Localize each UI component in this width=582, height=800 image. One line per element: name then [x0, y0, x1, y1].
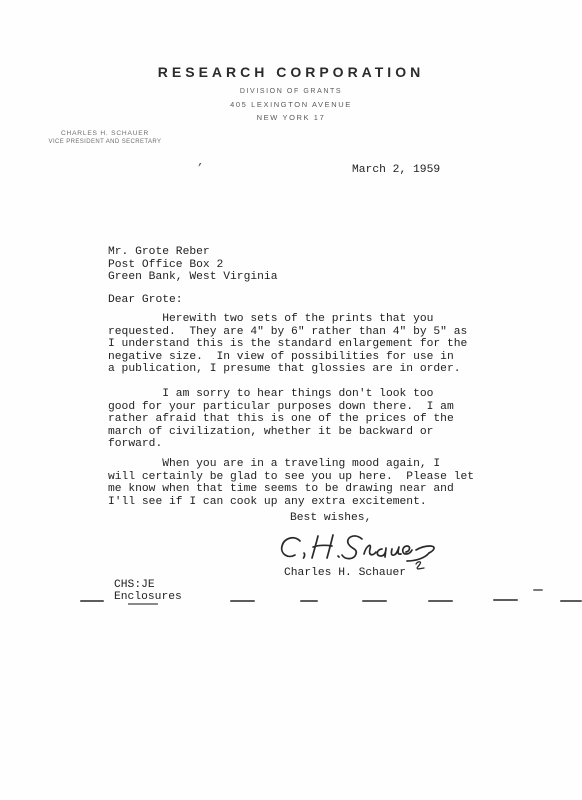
salutation: Dear Grote: — [108, 294, 183, 307]
letterhead-company-name: RESEARCH CORPORATION — [0, 64, 582, 80]
body-paragraph-1: Herewith two sets of the prints that you… — [108, 313, 467, 376]
typed-signature-name: Charles H. Schauer — [284, 567, 406, 580]
scan-artifact-dash — [493, 599, 518, 601]
recipient-address: Mr. Grote Reber Post Office Box 2 Green … — [108, 246, 277, 284]
scan-artifact-dash — [362, 600, 387, 602]
scan-artifact-underline — [128, 603, 158, 605]
letter-page: RESEARCH CORPORATION DIVISION OF GRANTS … — [0, 0, 582, 800]
reference-initials: CHS:JE — [114, 579, 155, 592]
letterhead-division: DIVISION OF GRANTS — [0, 88, 582, 95]
letterhead-city: NEW YORK 17 — [0, 113, 582, 122]
officer-block: CHARLES H. SCHAUER VICE PRESIDENT AND SE… — [30, 130, 180, 145]
scan-artifact-dash — [560, 600, 582, 602]
officer-name: CHARLES H. SCHAUER — [30, 130, 180, 137]
letterhead-street-address: 405 LEXINGTON AVENUE — [0, 100, 582, 109]
scan-artifact-dash — [533, 589, 543, 591]
enclosures-notation: Enclosures — [114, 591, 182, 604]
scan-artifact-dash — [230, 600, 255, 602]
scan-artifact-dash — [80, 600, 104, 602]
body-paragraph-3: When you are in a traveling mood again, … — [108, 458, 474, 508]
letter-date: March 2, 1959 — [352, 164, 440, 177]
officer-title: VICE PRESIDENT AND SECRETARY — [30, 139, 180, 145]
scan-artifact-dash — [428, 600, 453, 602]
closing-phrase: Best wishes, — [290, 512, 371, 525]
stray-pen-mark: ’ — [195, 163, 203, 176]
body-paragraph-2: I am sorry to hear things don't look too… — [108, 388, 454, 451]
scan-artifact-dash — [300, 600, 318, 602]
